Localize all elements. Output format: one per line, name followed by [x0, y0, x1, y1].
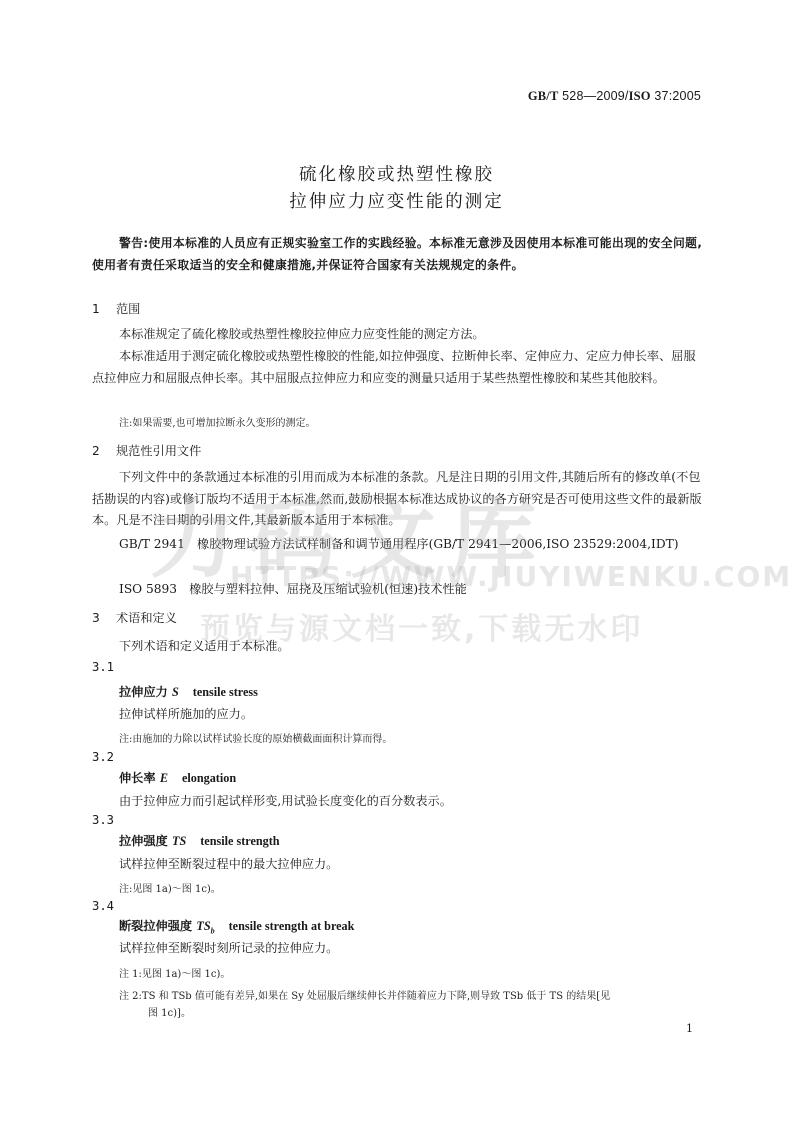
term-3-3-note: 注:见图 1a)～图 1c)。	[119, 880, 221, 895]
term-symbol: TS	[172, 834, 186, 848]
term-zh: 拉伸应力	[119, 685, 168, 699]
term-symbol-sub: b	[211, 926, 215, 935]
term-3-2: 伸长率 Eelongation	[119, 769, 236, 786]
doc-title-line1: 硫化橡胶或热塑性橡胶	[0, 161, 793, 186]
term-zh: 伸长率	[119, 771, 156, 785]
term-symbol: S	[172, 685, 179, 699]
term-3-1-definition: 拉伸试样所施加的应力。	[119, 705, 253, 722]
section-title: 范围	[116, 302, 140, 316]
term-en: tensile strength at break	[229, 919, 355, 933]
section-number: 3	[92, 611, 116, 625]
term-3-1-note: 注:由施加的力除以试样试验长度的原始横截面面积计算而得。	[119, 730, 392, 745]
term-zh: 断裂拉伸强度	[119, 919, 192, 933]
section-number: 2	[92, 444, 116, 458]
warning-paragraph: 警告:使用本标准的人员应有正规实验室工作的实践经验。本标准无意涉及因使用本标准可…	[92, 233, 704, 276]
term-3-2-definition: 由于拉伸应力而引起试样形变,用试验长度变化的百分数表示。	[119, 792, 452, 809]
term-number-3-2: 3.2	[92, 750, 114, 764]
section-2-para-1: 下列文件中的条款通过本标准的引用而成为本标准的条款。凡是注日期的引用文件,其随后…	[92, 467, 704, 532]
term-3-4-note-2-cont: 图 1c)]。	[148, 1004, 191, 1019]
standard-prefix: GB/T	[528, 89, 559, 103]
section-number: 1	[92, 302, 116, 316]
section-1-para-1: 本标准规定了硫化橡胶或热塑性橡胶拉伸应力应变性能的测定方法。	[92, 324, 704, 346]
term-3-1: 拉伸应力 Stensile stress	[119, 683, 258, 700]
section-3-heading: 3术语和定义	[92, 609, 177, 626]
term-3-4-note-1: 注 1:见图 1a)～图 1c)。	[119, 965, 230, 980]
doc-title-line2: 拉伸应力应变性能的测定	[0, 188, 793, 213]
term-symbol: TSb	[196, 919, 214, 933]
iso-prefix: ISO	[629, 89, 651, 103]
term-en: tensile stress	[193, 685, 258, 699]
term-zh: 拉伸强度	[119, 834, 168, 848]
term-en: tensile strength	[200, 834, 279, 848]
term-number-3-4: 3.4	[92, 899, 114, 913]
standard-number: GB/T 528—2009/ISO 37:2005	[528, 89, 701, 104]
section-2-heading: 2规范性引用文件	[92, 442, 201, 459]
section-title: 术语和定义	[116, 611, 177, 625]
term-number-3-1: 3.1	[92, 660, 114, 674]
section-title: 规范性引用文件	[116, 444, 201, 458]
term-3-3-definition: 试样拉伸至断裂过程中的最大拉伸应力。	[119, 855, 338, 872]
section-1-heading: 1范围	[92, 300, 140, 317]
term-symbol-base: TS	[196, 919, 210, 933]
document-page: GB/T 528—2009/ISO 37:2005 硫化橡胶或热塑性橡胶 拉伸应…	[0, 0, 793, 1122]
page-number: 1	[686, 1022, 693, 1035]
term-number-3-3: 3.3	[92, 813, 114, 827]
term-symbol: E	[160, 771, 168, 785]
term-3-4: 断裂拉伸强度 TSbtensile strength at break	[119, 917, 354, 935]
reference-gbt2941: GB/T 2941 橡胶物理试验方法试样制备和调节通用程序(GB/T 2941—…	[92, 534, 704, 556]
term-3-4-definition: 试样拉伸至断裂时刻所记录的拉伸应力。	[119, 939, 338, 956]
term-3-3: 拉伸强度 TStensile strength	[119, 832, 280, 849]
term-en: elongation	[182, 771, 236, 785]
section-1-note: 注:如果需要,也可增加拉断永久变形的测定。	[119, 414, 316, 429]
iso-code: 37:2005	[651, 89, 701, 103]
standard-code: 528—2009/	[558, 89, 628, 103]
term-3-4-note-2: 注 2:TS 和 TSb 值可能有差异,如果在 Sy 处屈服后继续伸长并伴随着应…	[119, 987, 704, 1002]
section-1-para-2: 本标准适用于测定硫化橡胶或热塑性橡胶的性能,如拉伸强度、拉断伸长率、定伸应力、定…	[92, 346, 704, 389]
section-3-para-1: 下列术语和定义适用于本标准。	[92, 636, 704, 658]
reference-iso5893: ISO 5893 橡胶与塑料拉伸、屈挠及压缩试验机(恒速)技术性能	[92, 579, 704, 601]
